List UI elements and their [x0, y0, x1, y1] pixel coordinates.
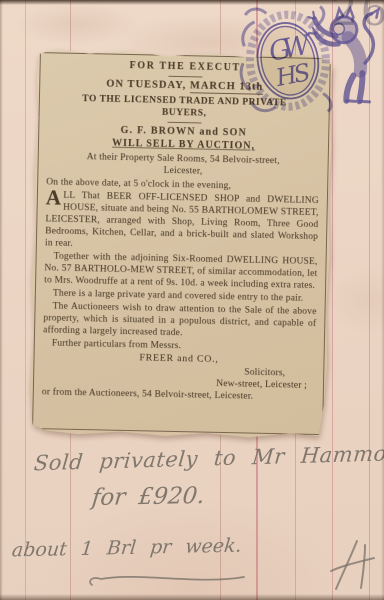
handwritten-note-price: for £920.: [91, 483, 206, 511]
clipping-venue: At their Property Sale Rooms, 54 Belvoir…: [46, 150, 319, 180]
pencil-mark: [326, 536, 380, 594]
clipping-paragraph: ALL That BEER OFF-LICENSED SHOP and DWEL…: [45, 189, 319, 255]
clipping-paragraph: The Auctioneers wish to draw attention t…: [43, 300, 317, 342]
society-stamp: GW HS: [234, 0, 384, 128]
date-prefix: ON TUESDAY,: [106, 78, 190, 91]
stamp-graphic: GW HS: [234, 0, 384, 123]
clipping-paragraph: Together with the adjoining Six-Roomed D…: [44, 250, 318, 292]
scan-edge: [0, 594, 384, 600]
scan-edge: [0, 0, 3, 600]
underline-flourish: [84, 572, 259, 590]
ledger-rule-line: [25, 0, 26, 600]
handwritten-note-barrels: about 1 Brl pr week.: [11, 535, 243, 562]
divider-rule: [167, 122, 201, 124]
scan-edge: [0, 0, 384, 5]
divider-rule: [168, 76, 202, 78]
scrapbook-page: 26 FOR THE EXECUT ON TUESDAY, MARCH 13th…: [0, 0, 384, 600]
